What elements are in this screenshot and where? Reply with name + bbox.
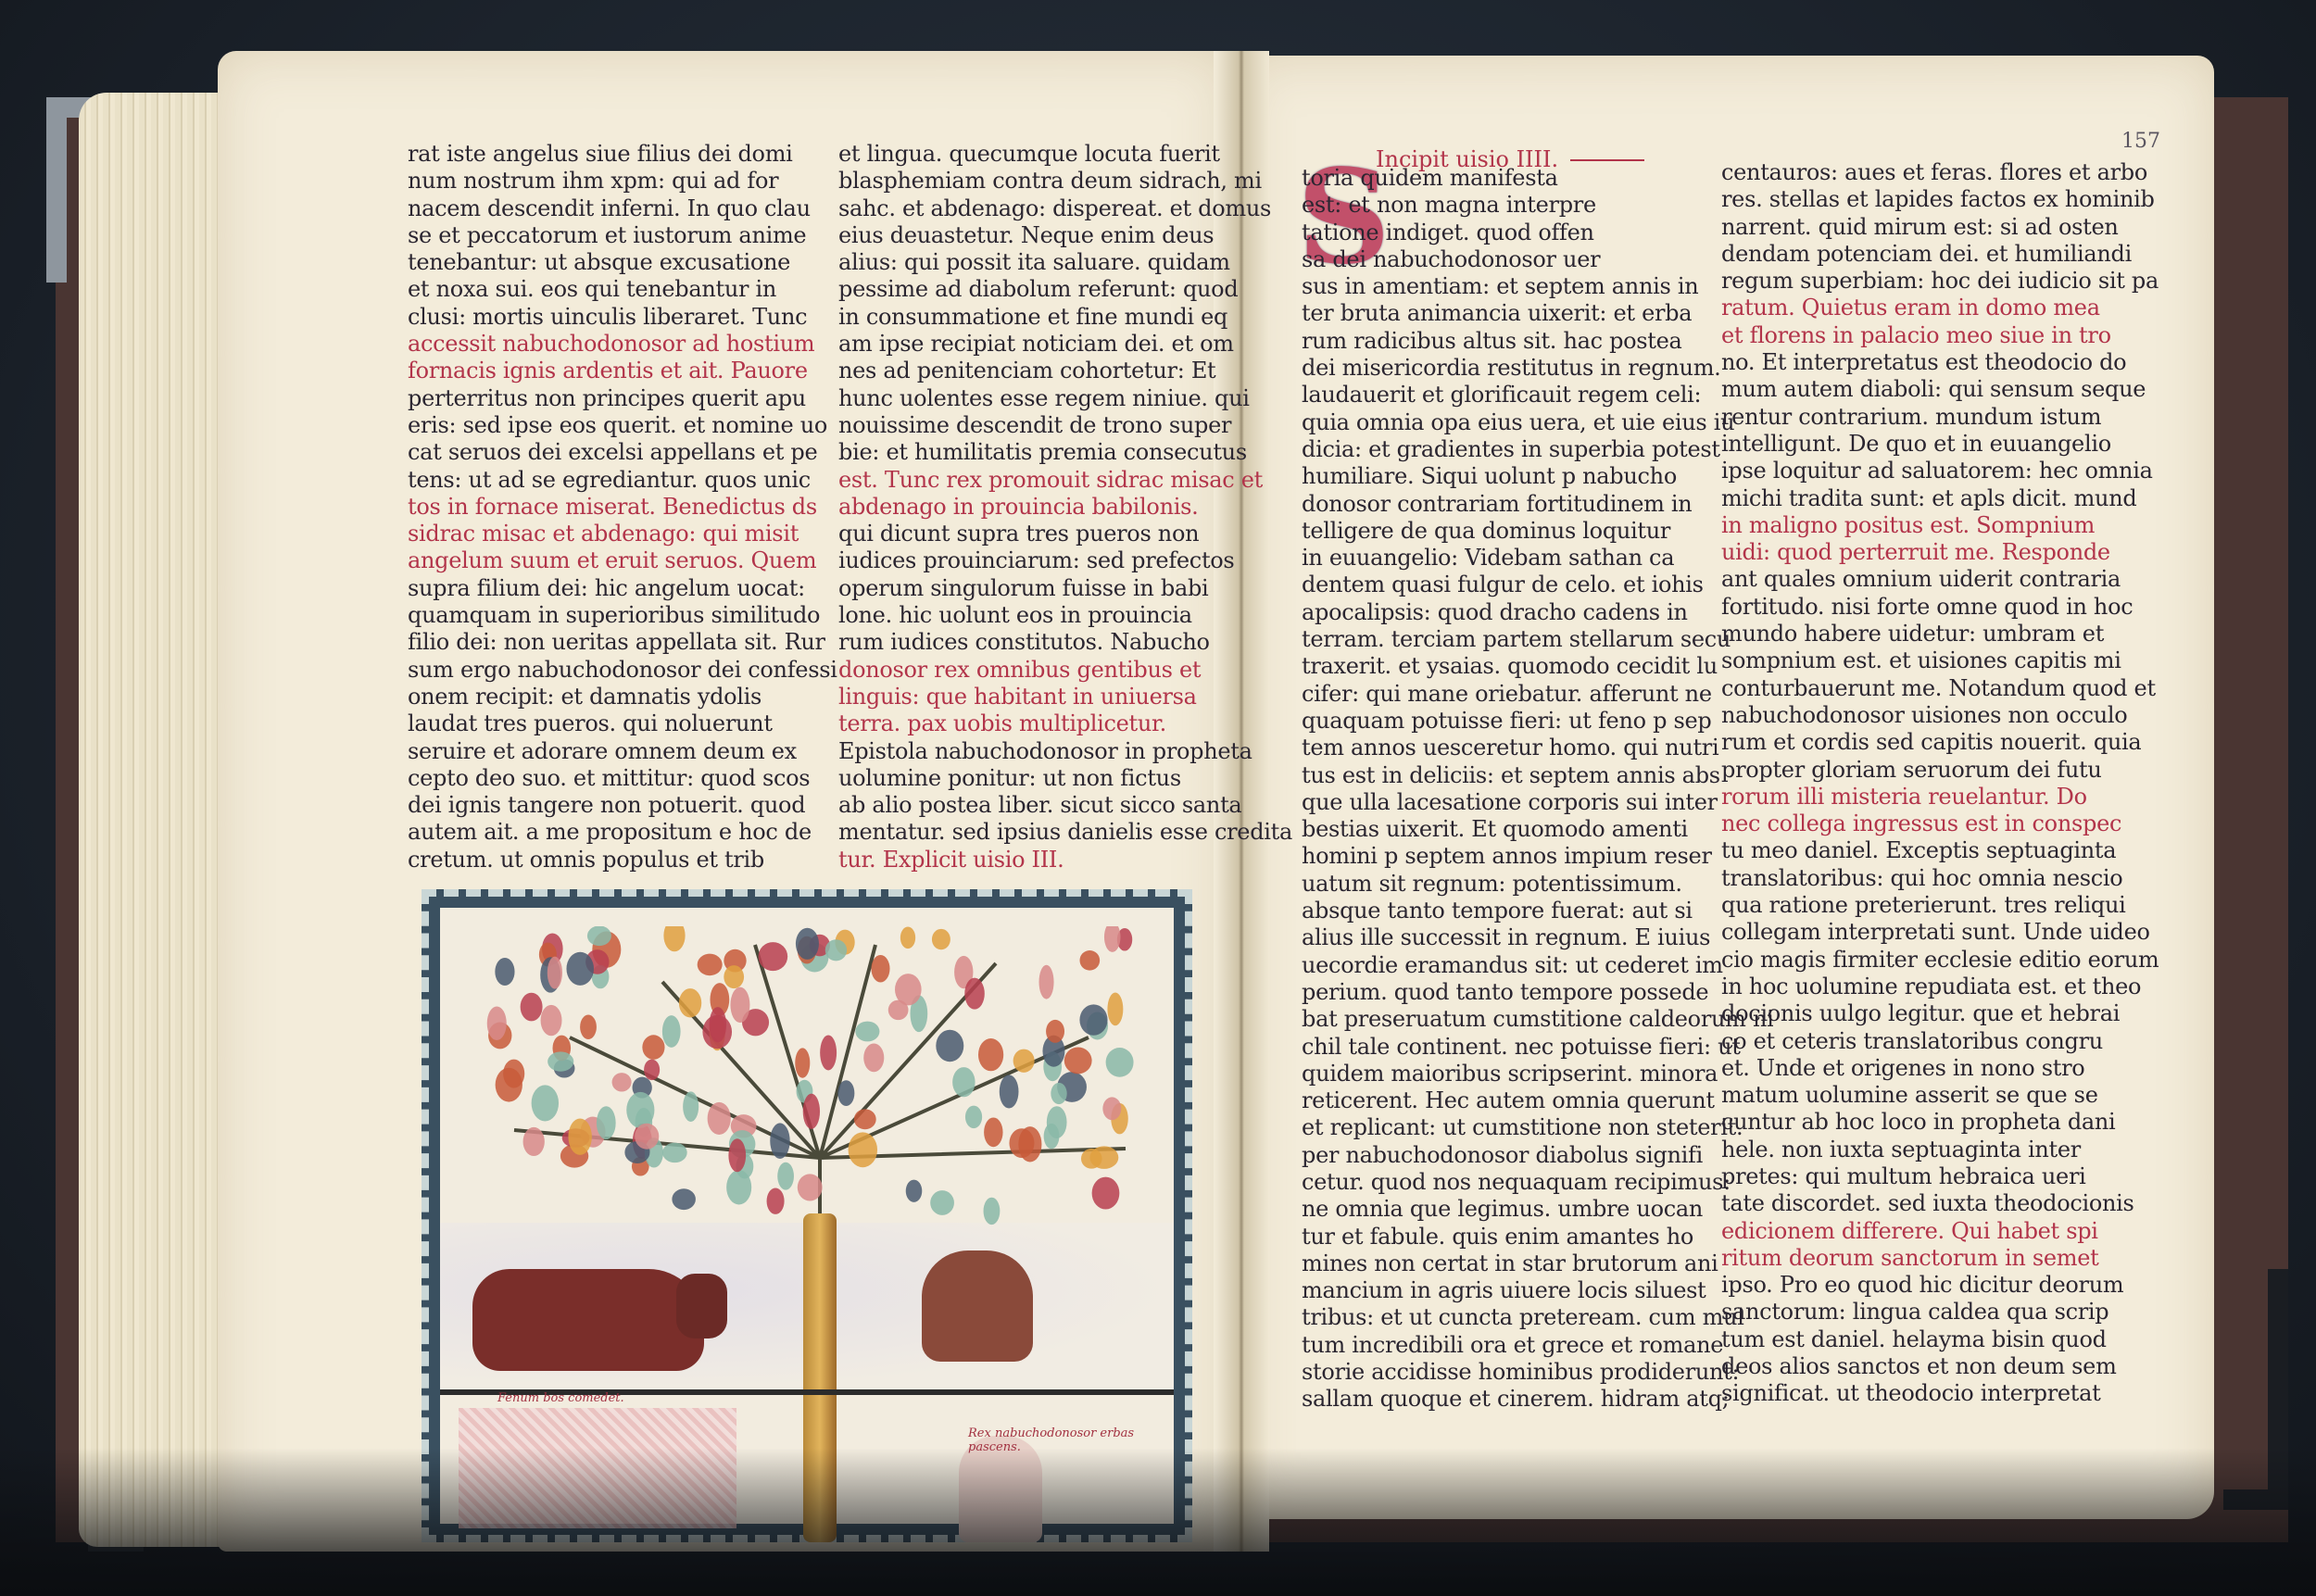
text-line: tum est daniel. helayma bisin quod [1721, 1326, 2159, 1353]
text-line: tribus: et ut cuncta preteream. cum mul [1302, 1304, 1773, 1331]
text-line: narrent. quid mirum est: si ad osten [1721, 214, 2159, 241]
text-line: terra. pax uobis multiplicetur. [838, 710, 1292, 737]
text-line: nacem descendit inferni. In quo clau [408, 195, 837, 222]
text-line: nes ad penitenciam cohortetur: Et [838, 358, 1292, 384]
text-line: uidi: quod perterruit me. Responde [1721, 539, 2159, 566]
text-line: tem annos uesceretur homo. qui nutri [1302, 735, 1773, 761]
text-line: supra filium dei: hic angelum uocat: [408, 575, 837, 602]
text-line: bie: et humilitatis premia consecutus [838, 439, 1292, 466]
text-line: nabuchodonosor uisiones non occulo [1721, 702, 2159, 729]
text-line: abdenago in prouincia babilonis. [838, 494, 1292, 521]
text-line: reticerent. Hec autem omnia querunt [1302, 1087, 1773, 1114]
text-line: tu meo daniel. Exceptis septuaginta [1721, 837, 2159, 864]
tree-with-birds-icon [477, 926, 1144, 1260]
text-line: tenebantur: ut absque excusatione [408, 249, 837, 276]
text-line: est. Tunc rex promouit sidrac misac et [838, 467, 1292, 494]
text-line: bestias uixerit. Et quomodo amenti [1302, 816, 1773, 843]
text-line: mentatur. sed ipsius danielis esse credi… [838, 819, 1292, 846]
text-line: fornacis ignis ardentis et ait. Pauore [408, 358, 837, 384]
ox-figure [472, 1269, 704, 1371]
text-line: se et peccatorum et iustorum anime [408, 222, 837, 249]
nabuchodonosor-figure [922, 1250, 1033, 1362]
text-line: quia omnia opa eius uera, et uie eius iu [1302, 409, 1773, 436]
text-line: centauros: aues et feras. flores et arbo [1721, 159, 2159, 186]
text-line: res. stellas et lapides factos ex homini… [1721, 186, 2159, 213]
text-line: terram. terciam partem stellarum secu [1302, 626, 1773, 653]
text-line: chil tale continent. nec potuisse fieri:… [1302, 1034, 1773, 1061]
text-line: michi tradita sunt: et apls dicit. mund [1721, 485, 2159, 512]
text-line: uolumine ponitur: ut non fictus [838, 765, 1292, 792]
text-line: tatione indiget. quod offen [1302, 220, 1773, 246]
text-line: rum et cordis sed capitis nouerit. quia [1721, 729, 2159, 756]
text-line: rum radicibus altus sit. hac postea [1302, 328, 1773, 355]
text-line: filio dei: non ueritas appellata sit. Ru… [408, 629, 837, 656]
text-line: per nabuchodonosor diabolus signifi [1302, 1142, 1773, 1169]
text-line: donosor contrariam fortitudinem in [1302, 491, 1773, 518]
text-line: quidem maioribus scripserint. minora [1302, 1061, 1773, 1087]
text-line: rum iudices constitutos. Nabucho [838, 629, 1292, 656]
left-page-column-1: rat iste angelus siue filius dei dominum… [408, 141, 837, 873]
ox-head [676, 1274, 727, 1338]
text-line: dentem quasi fulgur de celo. et iohis [1302, 572, 1773, 598]
text-line: sa dei nabuchodonosor uer [1302, 246, 1773, 273]
text-line: ritum deorum sanctorum in semet [1721, 1245, 2159, 1272]
text-line: et noxa sui. eos qui tenebantur in [408, 276, 837, 303]
text-line: am ipse recipiat noticiam dei. et om [838, 331, 1292, 358]
text-line: blasphemiam contra deum sidrach, mi [838, 168, 1292, 195]
text-line: humiliare. Siqui uolunt p nabucho [1302, 463, 1773, 490]
text-line: cepto deo suo. et mittitur: quod scos [408, 765, 837, 792]
text-line: tens: ut ad se egrediantur. quos unic [408, 467, 837, 494]
text-line: traxerit. et ysaias. quomodo cecidit lu [1302, 653, 1773, 680]
text-line: tus est in deliciis: et septem annis abs [1302, 762, 1773, 789]
text-line: sahc. et abdenago: dispereat. et domus [838, 195, 1292, 222]
text-line: qua ratione preterierunt. tres reliqui [1721, 892, 2159, 919]
text-line: hunc uolentes esse regem niniue. qui [838, 385, 1292, 412]
text-line: clusi: mortis uinculis liberaret. Tunc [408, 304, 837, 331]
text-line: hele. non iuxta septuaginta inter [1721, 1137, 2159, 1163]
text-line: collegam interpretati sunt. Unde uideo [1721, 919, 2159, 946]
text-line: laudauerit et glorificauit regem celi: [1302, 382, 1773, 408]
text-line: tur. Explicit uisio III. [838, 847, 1292, 873]
text-line: ipse loquitur ad saluatorem: hec omnia [1721, 458, 2159, 484]
text-line: mancium in agris uiuere locis siluest [1302, 1277, 1773, 1304]
text-line: tum incredibili ora et grece et romane [1302, 1332, 1773, 1359]
text-line: sallam quoque et cinerem. hidram atq; [1302, 1386, 1773, 1413]
text-line: tate discordet. sed iuxta theodocionis [1721, 1190, 2159, 1217]
text-line: qui dicunt supra tres pueros non [838, 521, 1292, 547]
text-line: est: et non magna interpre [1302, 192, 1773, 219]
text-line: ne omnia que legimus. umbre uocan [1302, 1196, 1773, 1223]
text-line: accessit nabuchodonosor ad hostium [408, 331, 837, 358]
text-line: angelum suum et eruit seruos. Quem [408, 547, 837, 574]
text-line: sus in amentiam: et septem annis in [1302, 273, 1773, 300]
text-line: translatoribus: qui hoc omnia nescio [1721, 865, 2159, 892]
text-line: telligere de qua dominus loquitur [1302, 518, 1773, 545]
folio-number: 157 [2121, 130, 2160, 153]
text-line: lone. hic uolunt eos in prouincia [838, 602, 1292, 629]
text-line: homini p septem annos impium reser [1302, 843, 1773, 870]
text-line: autem ait. a me propositum e hoc de [408, 819, 837, 846]
text-line: significat. ut theodocio interpretat [1721, 1380, 2159, 1407]
text-line: pessime ad diabolum referunt: quod [838, 276, 1292, 303]
text-line: dicia: et gradientes in superbia potest [1302, 436, 1773, 463]
text-line: storie accidisse hominibus prodiderunt: [1302, 1359, 1773, 1386]
text-line: uatum sit regnum: potentissimum. [1302, 871, 1773, 898]
text-line: ab alio postea liber. sicut sicco santa [838, 792, 1292, 819]
text-line: docionis uulgo legitur. que et hebrai [1721, 1000, 2159, 1027]
text-line: perterritus non principes querit apu [408, 385, 837, 412]
text-line: cio magis firmiter ecclesie editio eorum [1721, 947, 2159, 974]
text-line: toria quidem manifesta [1302, 165, 1773, 192]
text-line: num nostrum ihm xpm: qui ad for [408, 168, 837, 195]
text-line: tos in fornace miserat. Benedictus ds [408, 494, 837, 521]
text-line: tur et fabule. quis enim amantes ho [1302, 1224, 1773, 1250]
text-line: matum uolumine asserit se que se [1721, 1082, 2159, 1109]
text-line: ratum. Quietus eram in domo mea [1721, 295, 2159, 321]
text-line: edicionem differere. Qui habet spi [1721, 1218, 2159, 1245]
text-line: cat seruos dei excelsi appellans et pe [408, 439, 837, 466]
miniature-illustration: Fenum bos comedet. Rex nabuchodonosor er… [422, 889, 1192, 1542]
text-line: que ulla lacesatione corporis sui inter [1302, 789, 1773, 816]
text-line: pretes: qui multum hebraica ueri [1721, 1163, 2159, 1190]
text-line: sanctorum: lingua caldea qua scrip [1721, 1299, 2159, 1326]
text-line: mum autem diaboli: qui sensum seque [1721, 376, 2159, 403]
text-line: sompnium est. et uisiones capitis mi [1721, 647, 2159, 674]
text-line: linguis: que habitant in uniuersa [838, 684, 1292, 710]
right-page-column-2: centauros: aues et feras. flores et arbo… [1721, 159, 2159, 1408]
text-line: fortitudo. nisi forte omne quod in hoc [1721, 594, 2159, 621]
text-line: laudat tres pueros. qui noluerunt [408, 710, 837, 737]
text-line: propter gloriam seruorum dei futu [1721, 757, 2159, 784]
text-line: rentur contrarium. mundum istum [1721, 404, 2159, 431]
text-line: operum singulorum fuisse in babi [838, 575, 1292, 602]
text-line: ant quales omnium uiderit contraria [1721, 566, 2159, 593]
text-line: seruire et adorare omnem deum ex [408, 738, 837, 765]
text-line: deos alios sanctos et non deum sem [1721, 1353, 2159, 1380]
text-line: alius: qui possit ita saluare. quidam [838, 249, 1292, 276]
text-line: et florens in palacio meo siue in tro [1721, 322, 2159, 349]
text-line: cuntur ab hoc loco in propheta dani [1721, 1109, 2159, 1136]
text-line: et. Unde et origenes in nono stro [1721, 1055, 2159, 1082]
text-line: nec collega ingressus est in conspec [1721, 811, 2159, 837]
text-line: dei misericordia restitutus in regnum. [1302, 355, 1773, 382]
text-line: Epistola nabuchodonosor in propheta [838, 738, 1292, 765]
text-line: eris: sed ipse eos querit. et nomine uo [408, 412, 837, 439]
text-line: in maligno positus est. Sompnium [1721, 512, 2159, 539]
text-line: eius deuastetur. Neque enim deus [838, 222, 1292, 249]
text-line: absque tanto tempore fuerat: aut si [1302, 898, 1773, 924]
text-line: ter bruta animancia uixerit: et erba [1302, 300, 1773, 327]
text-line: cifer: qui mane oriebatur. afferunt ne [1302, 681, 1773, 708]
text-line: mines non certat in star brutorum ani [1302, 1250, 1773, 1277]
text-line: quaquam potuisse fieri: ut feno p sep [1302, 708, 1773, 735]
text-line: cretum. ut omnis populus et trib [408, 847, 837, 873]
text-line: rat iste angelus siue filius dei domi [408, 141, 837, 168]
text-line: perium. quod tanto tempore possede [1302, 979, 1773, 1006]
text-line: in consummatione et fine mundi eq [838, 304, 1292, 331]
right-page-column-1: toria quidem manifestaest: et non magna … [1302, 165, 1773, 1414]
text-line: dendam potenciam dei. et humiliandi [1721, 241, 2159, 268]
caption-left: Fenum bos comedet. [497, 1391, 624, 1405]
text-line: rorum illi misteria reuelantur. Do [1721, 784, 2159, 811]
text-line: bat preseruatum cumstitione caldeorum ni [1302, 1006, 1773, 1033]
text-line: regum superbiam: hoc dei iudicio sit pa [1721, 268, 2159, 295]
text-line: quamquam in superioribus similitudo [408, 602, 837, 629]
text-line: apocalipsis: quod dracho cadens in [1302, 599, 1773, 626]
foreground-shadow [0, 1448, 2316, 1596]
text-line: intelligunt. De quo et in euuangelio [1721, 431, 2159, 458]
left-page-column-2: et lingua. quecumque locuta fueritblasph… [838, 141, 1292, 873]
text-line: et replicant: ut cumstitione non steteri… [1302, 1114, 1773, 1141]
text-line: conturbauerunt me. Notandum quod et [1721, 675, 2159, 702]
text-line: uecordie eramandus sit: ut cederet im [1302, 952, 1773, 979]
text-line: cetur. quod nos nequaquam recipimus: [1302, 1169, 1773, 1196]
text-line: nouissime descendit de trono super [838, 412, 1292, 439]
text-line: in hoc uolumine repudiata est. et theo [1721, 974, 2159, 1000]
text-line: et lingua. quecumque locuta fuerit [838, 141, 1292, 168]
text-line: ipso. Pro eo quod hic dicitur deorum [1721, 1272, 2159, 1299]
text-line: in euuangelio: Videbam sathan ca [1302, 545, 1773, 572]
rubric-rule [1570, 159, 1644, 161]
page-block-edges [79, 93, 236, 1547]
text-line: alius ille successit in regnum. E iuius [1302, 924, 1773, 951]
text-line: iudices prouinciarum: sed prefectos [838, 547, 1292, 574]
text-line: dei ignis tangere non potuerit. quod [408, 792, 837, 819]
text-line: onem recipit: et damnatis ydolis [408, 684, 837, 710]
text-line: sidrac misac et abdenago: qui misit [408, 521, 837, 547]
text-line: mundo habere uidetur: umbram et [1721, 621, 2159, 647]
text-line: co et ceteris translatoribus congru [1721, 1028, 2159, 1055]
text-line: no. Et interpretatus est theodocio do [1721, 349, 2159, 376]
text-line: sum ergo nabuchodonosor dei confessi [408, 657, 837, 684]
text-line: donosor rex omnibus gentibus et [838, 657, 1292, 684]
